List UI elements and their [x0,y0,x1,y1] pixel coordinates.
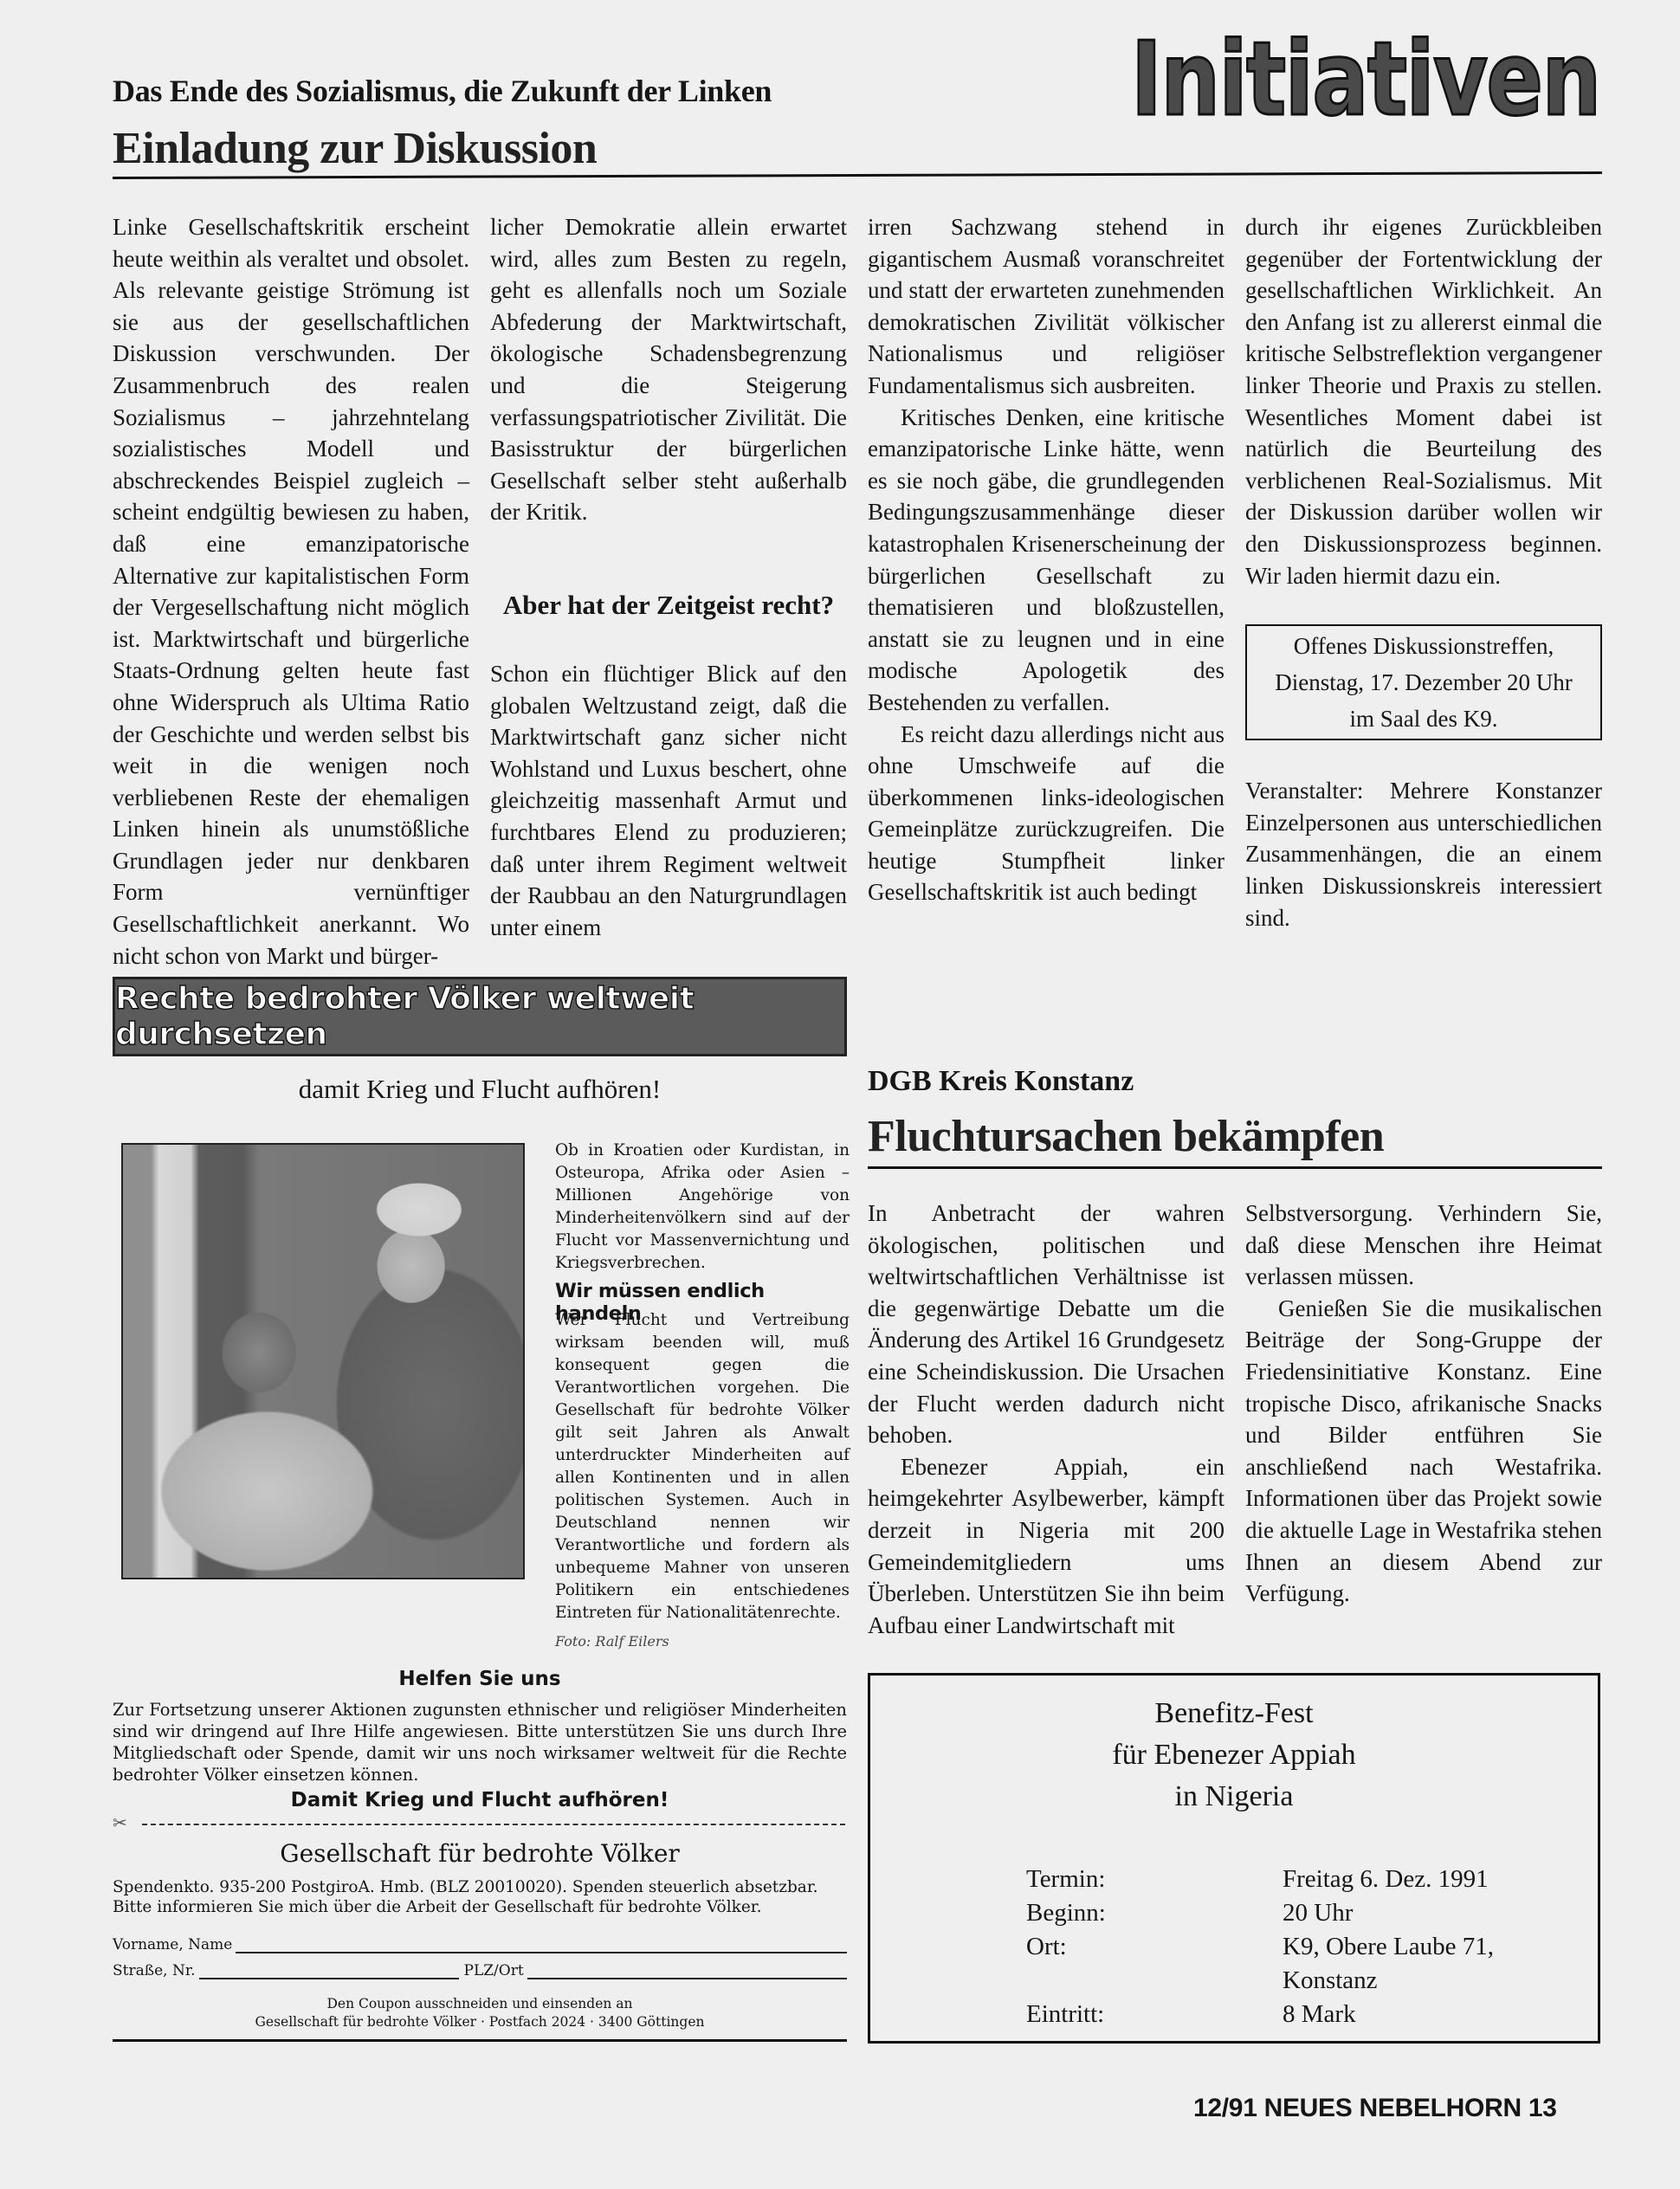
coupon-request: Bitte informieren Sie mich über die Arbe… [113,1897,847,1917]
ad-body: Wer Flucht und Vertreibung wirksam beend… [555,1309,850,1624]
street-field-line[interactable] [199,1962,459,1979]
coupon-account: Spendenkto. 935-200 PostgiroA. Hmb. (BLZ… [113,1877,847,1897]
meeting-line: im Saal des K9. [1252,701,1595,737]
paragraph: Kritisches Denken, eine kritische emanzi… [868,402,1224,719]
scissors-icon: ✂ [113,1812,127,1833]
benefit-event-box: Benefitz-Fest für Ebenezer Appiah in Nig… [868,1673,1600,2044]
article-headline: Einladung zur Diskussion [113,123,597,174]
photo-credit: Foto: Ralf Eilers [555,1633,669,1650]
event-label: Termin: [1026,1863,1105,1896]
ad-banner-text: Rechte bedrohter Völker weltweit durchse… [115,981,844,1052]
coupon-bottom-rule [113,2039,847,2042]
meeting-line: Dienstag, 17. Dezember 20 Uhr [1252,664,1595,701]
paragraph: Ebenezer Appiah, ein heimgekehrter Asylb… [868,1451,1224,1642]
article-kicker: Das Ende des Sozialismus, die Zukunft de… [113,73,772,109]
ad-subtitle: damit Krieg und Flucht aufhören! [113,1074,847,1105]
page-footer: 12/91 NEUES NEBELHORN 13 [1193,2094,1557,2123]
city-field-label: PLZ/Ort [464,1962,524,1979]
article2-headline: Fluchtursachen bekämpfen [868,1111,1384,1162]
article-column-2: licher Demokratie allein erwartet wird, … [490,211,847,943]
event-label: Beginn: [1026,1896,1106,1930]
ad-intro: Ob in Kroatien oder Kurdistan, in Osteur… [555,1140,850,1275]
event-value: Freitag 6. Dez. 1991 [1283,1863,1489,1896]
name-field-label: Vorname, Name [113,1936,232,1953]
name-field[interactable]: Vorname, Name [113,1936,847,1953]
coupon-text: Spendenkto. 935-200 PostgiroA. Hmb. (BLZ… [113,1877,847,1917]
event-label: Eintritt: [1026,1998,1104,2031]
event-value: 8 Mark [1283,1998,1356,2031]
meeting-line: Offenes Diskussionstreffen, [1252,628,1595,664]
event-value: Konstanz [1283,1964,1378,1998]
help-body: Zur Fortsetzung unserer Aktionen zugunst… [113,1699,847,1785]
paragraph: durch ihr eigenes Zurückbleiben gegenübe… [1245,211,1602,591]
street-field-label: Straße, Nr. [113,1962,196,1979]
article2-divider [868,1166,1602,1169]
ad-banner: Rechte bedrohter Völker weltweit durchse… [113,977,847,1056]
city-field-line[interactable] [527,1962,847,1979]
send-address: Gesellschaft für bedrohte Völker · Postf… [113,2013,847,2031]
paragraph: irren Sachzwang stehend in gigantischem … [868,211,1224,402]
coupon-send-instructions: Den Coupon ausschneiden und einsenden an… [113,1995,847,2031]
paragraph: licher Demokratie allein erwartet wird, … [490,211,847,528]
paragraph: In Anbetracht der wahren ökologischen, p… [868,1198,1224,1451]
article-column-1: Linke Gesellschaftskritik erscheint heut… [113,211,469,972]
article-column-3: irren Sachzwang stehend in gigantischem … [868,211,1224,908]
paragraph: Selbstversorgung. Verhindern Sie, daß di… [1245,1198,1602,1293]
meeting-info-box: Offenes Diskussionstreffen, Dienstag, 17… [1245,624,1602,740]
article2-column-1: In Anbetracht der wahren ökologischen, p… [868,1198,1224,1641]
coupon-organization: Gesellschaft für bedrohte Völker [113,1839,847,1868]
event-value: 20 Uhr [1283,1896,1353,1930]
send-line: Den Coupon ausschneiden und einsenden an [113,1995,847,2013]
coupon-cut-line [142,1824,845,1825]
event-title-line: Benefitz-Fest [870,1693,1598,1734]
ad-slogan: Damit Krieg und Flucht aufhören! [113,1789,847,1811]
article2-column-2: Selbstversorgung. Verhindern Sie, daß di… [1245,1198,1602,1610]
refugee-photo [121,1143,525,1579]
event-value: K9, Obere Laube 71, [1283,1930,1494,1964]
help-heading: Helfen Sie uns [113,1668,847,1690]
event-title-line: in Nigeria [870,1776,1598,1818]
address-fields: Straße, Nr. PLZ/Ort [113,1962,847,1979]
event-title-line: für Ebenezer Appiah [870,1734,1598,1776]
paragraph: Es reicht dazu allerdings nicht aus ohne… [868,719,1224,909]
paragraph: Genießen Sie die musikalischen Beiträge … [1245,1293,1602,1610]
paragraph: Schon ein flüchtiger Blick auf den globa… [490,658,847,943]
article2-kicker: DGB Kreis Konstanz [868,1065,1134,1098]
name-field-line[interactable] [236,1936,847,1953]
organizer-note: Veranstalter: Mehrere Konstanzer Einzelp… [1245,775,1602,933]
subheading: Aber hat der Zeitgeist recht? [490,589,847,622]
event-title: Benefitz-Fest für Ebenezer Appiah in Nig… [870,1693,1598,1818]
paragraph: Linke Gesellschaftskritik erscheint heut… [113,211,469,972]
event-label: Ort: [1026,1930,1067,1964]
article-column-4: durch ihr eigenes Zurückbleiben gegenübe… [1245,211,1602,933]
section-title: Initiativen [1131,19,1600,139]
